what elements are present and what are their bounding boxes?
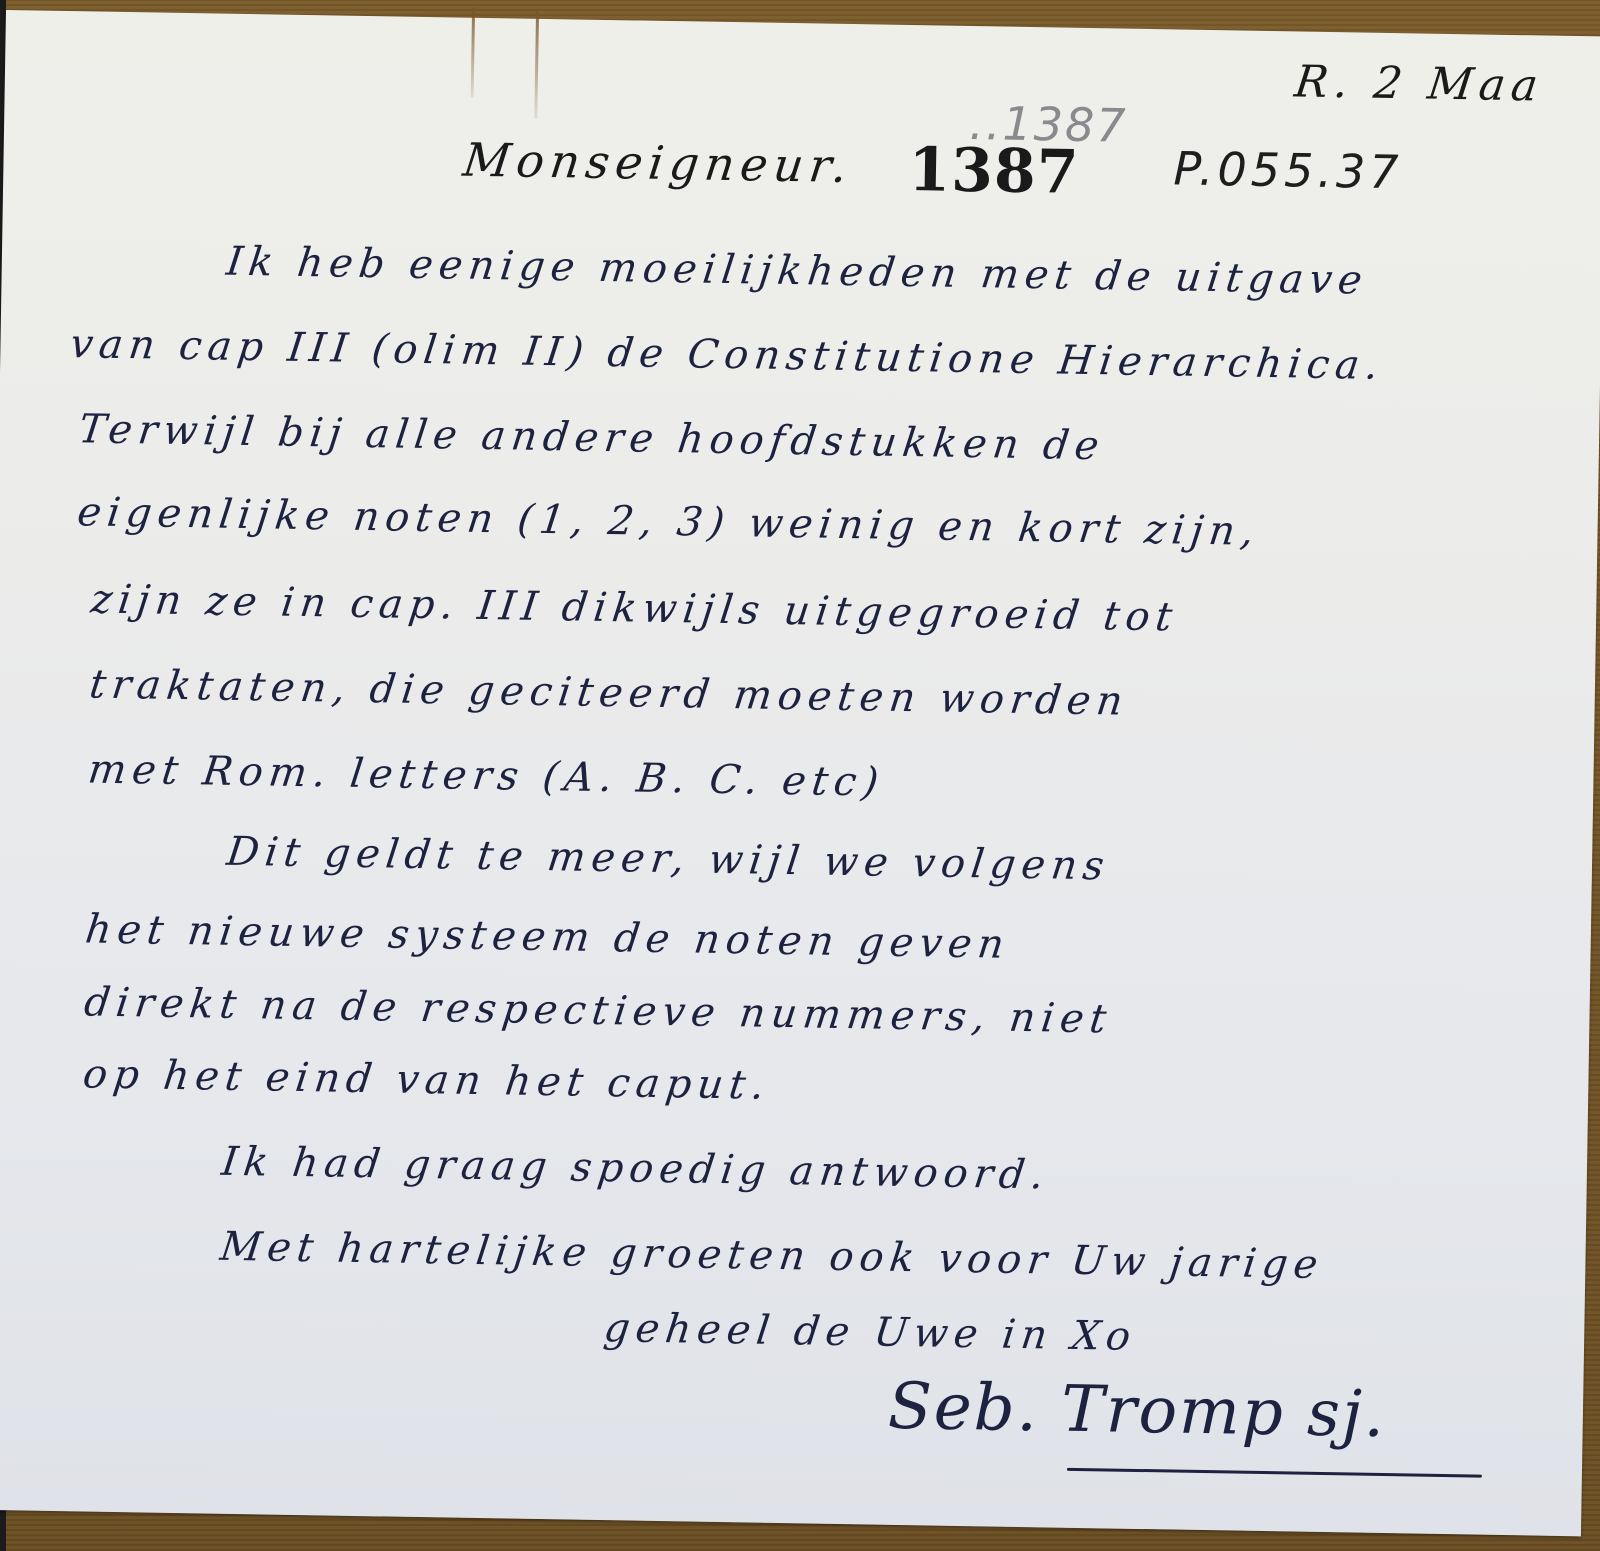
paper-stain <box>471 8 475 98</box>
body-line-13: Met hartelijke groeten ook voor Uw jarig… <box>218 1224 1326 1288</box>
stamp-number: 1387 <box>908 135 1080 208</box>
body-line-11: op het eind van het caput. <box>81 1051 773 1108</box>
body-line-2: van cap III (olim II) de Constitutione H… <box>68 321 1387 389</box>
body-line-12: Ik had graag spoedig antwoord. <box>219 1139 1052 1199</box>
body-line-3: Terwijl bij alle andere hoofdstukken de <box>76 406 1107 469</box>
body-line-9: het nieuwe systeem de noten geven <box>83 906 1012 967</box>
reference-code: P.055.37 <box>1173 141 1403 199</box>
body-line-4: eigenlijke noten (1, 2, 3) weinig en kor… <box>75 489 1262 555</box>
signature-underline <box>1067 1468 1482 1478</box>
body-line-1: Ik heb eenige moeilijkheden met de uitga… <box>224 239 1370 304</box>
body-line-10: direkt na de respectieve nummers, niet <box>82 979 1115 1042</box>
paper-stain <box>534 9 539 119</box>
body-line-7: met Rom. letters (A. B. C. etc) <box>86 747 887 806</box>
top-right-annotation: R. 2 Maa <box>1292 56 1547 111</box>
letter-paper: R. 2 Maa ..1387 Monseigneur. 1387 P.055.… <box>0 10 1600 1536</box>
body-line-8: Dit geldt te meer, wijl we volgens <box>224 829 1112 890</box>
body-line-6: traktaten, die geciteerd moeten worden <box>87 662 1131 725</box>
closing-line: geheel de Uwe in Xo <box>601 1305 1139 1360</box>
signature: Seb. Tromp sj. <box>887 1370 1386 1452</box>
salutation: Monseigneur. <box>460 133 856 193</box>
body-line-5: zijn ze in cap. III dikwijls uitgegroeid… <box>88 577 1180 641</box>
